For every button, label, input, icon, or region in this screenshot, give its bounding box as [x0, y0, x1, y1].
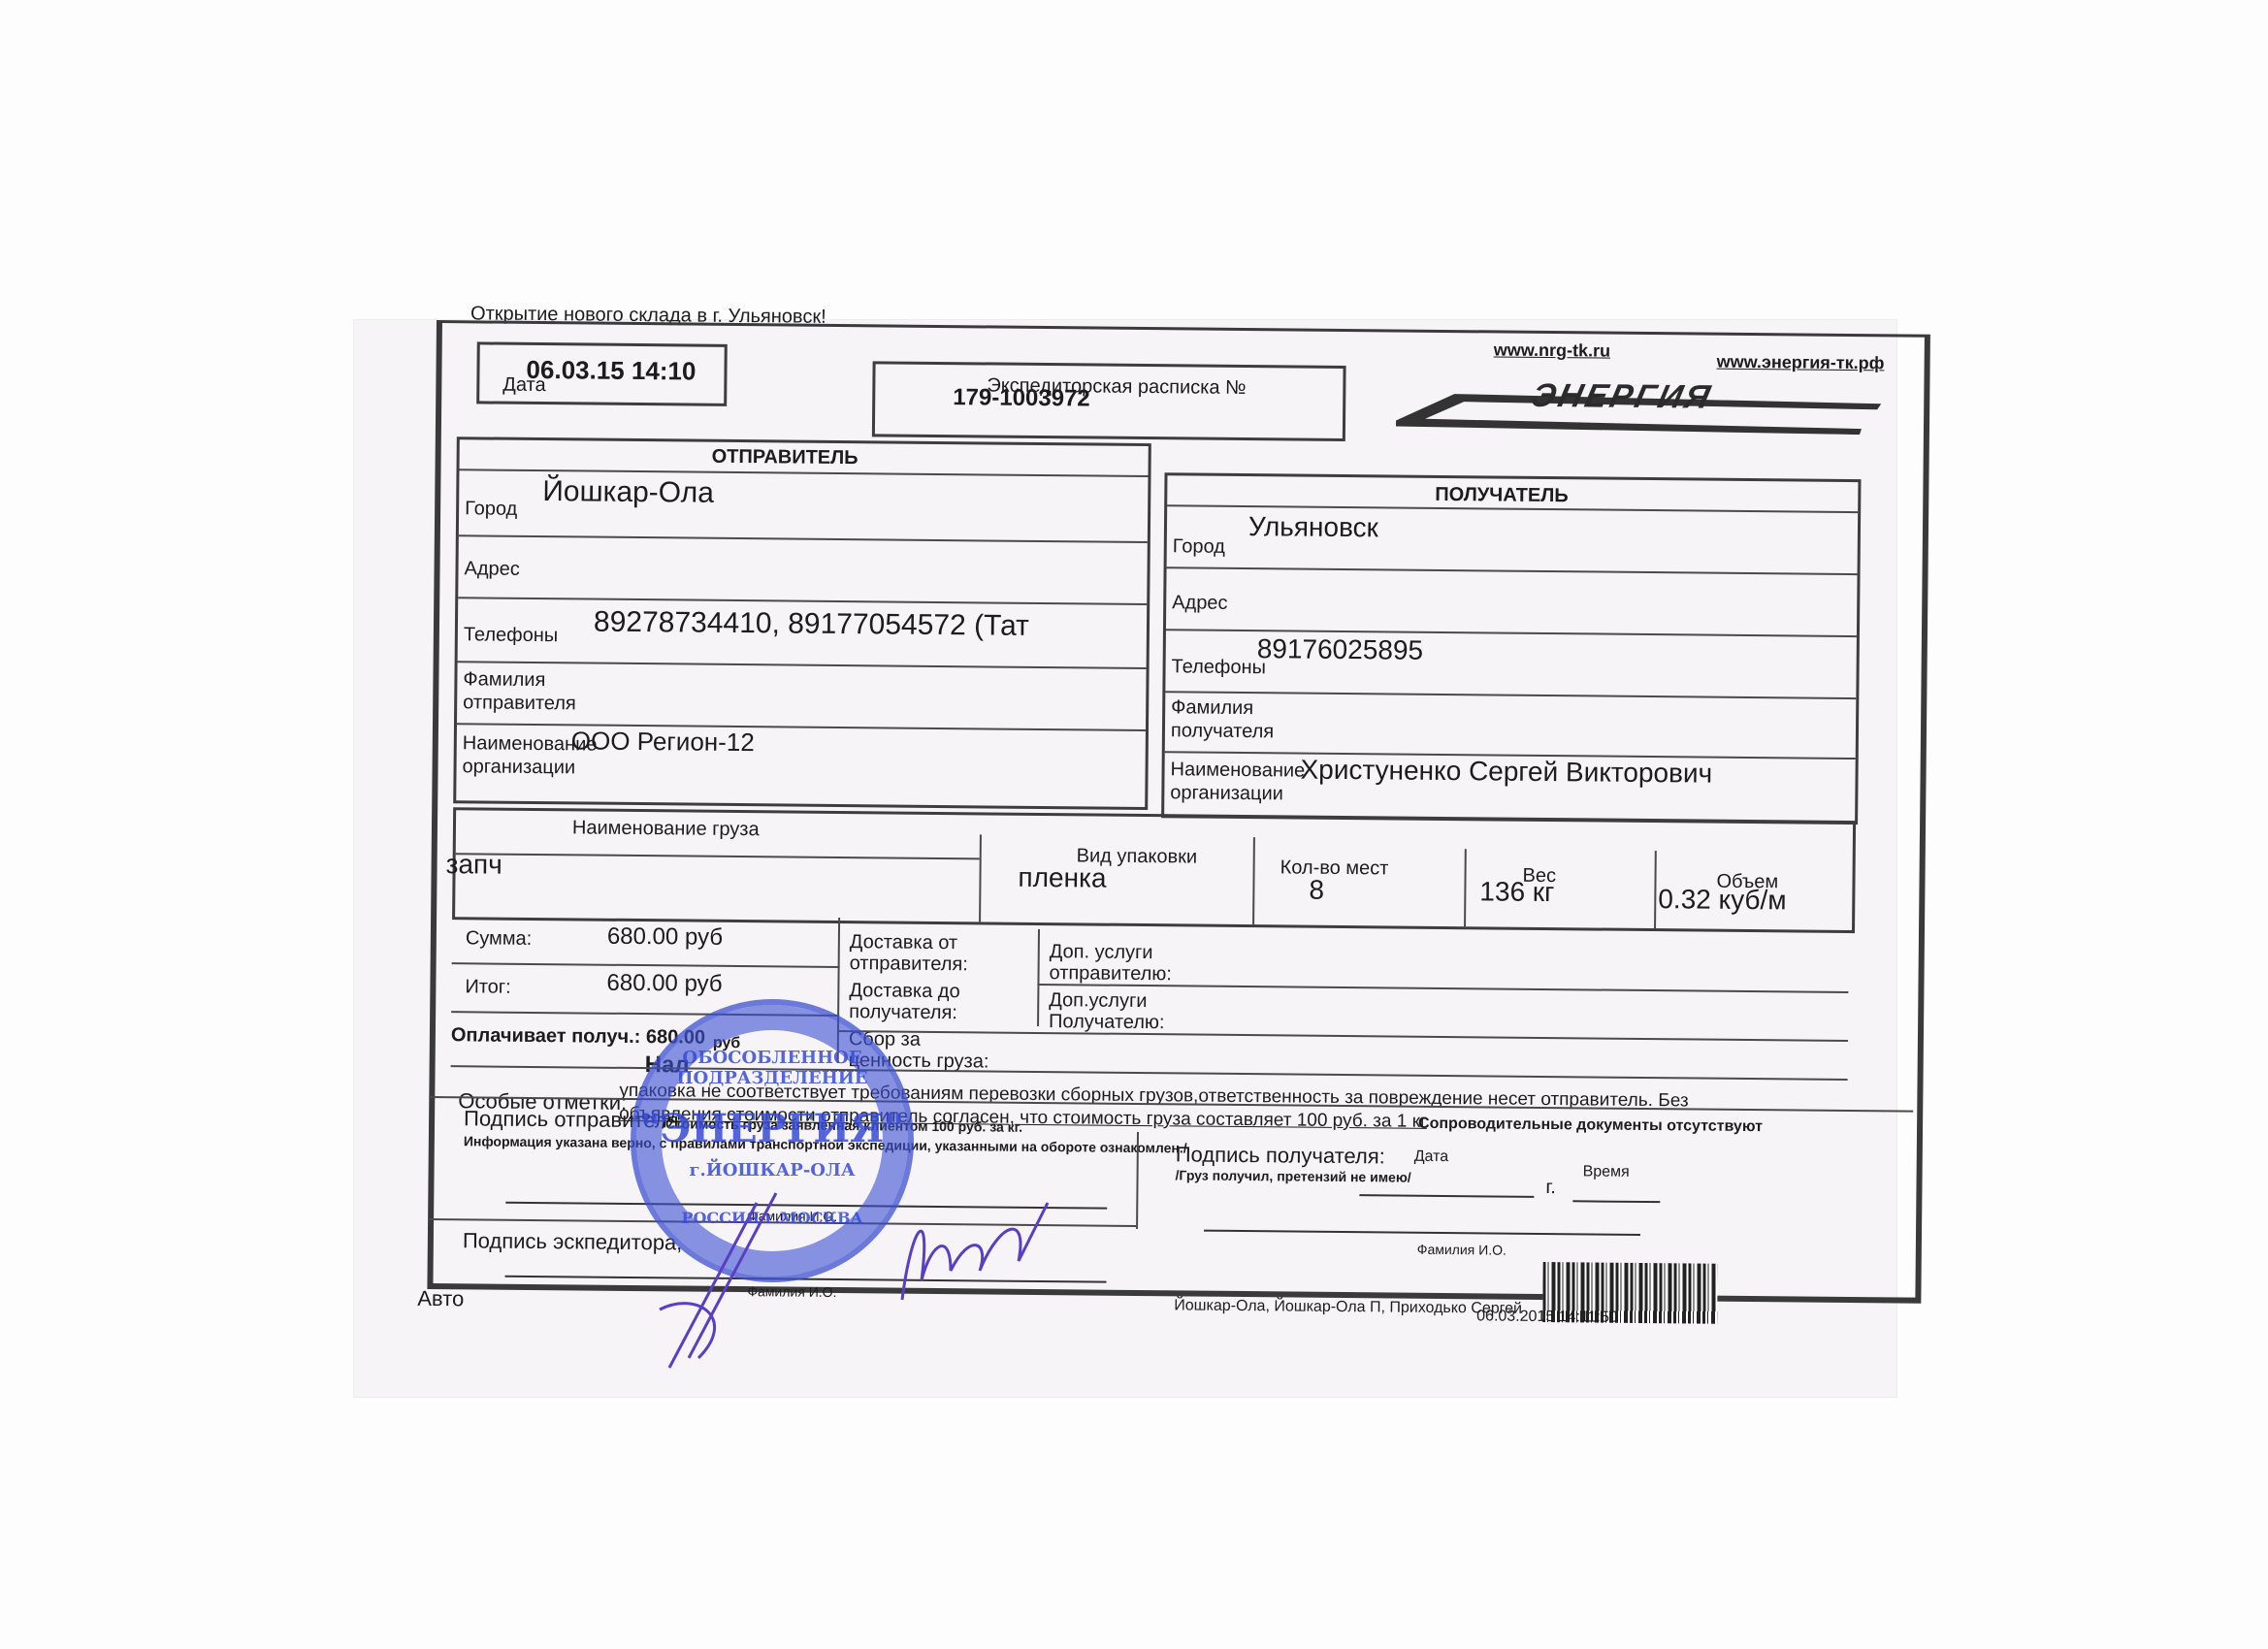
extra-recipient-label: Доп.услуги	[1049, 989, 1147, 1013]
extra-sender-label: Доп. услуги	[1050, 941, 1153, 964]
delivery-from-label-2: отправителя:	[850, 953, 968, 976]
sender-city-label: Город	[465, 498, 517, 521]
recipient-note: /Груз получил, претензий не имею/	[1175, 1167, 1410, 1184]
date-box: Дата 06.03.15 14:10	[476, 341, 728, 405]
recipient-phones: 89176025895	[1257, 633, 1424, 666]
recipient-section: ПОЛУЧАТЕЛЬ Город Ульяновск Адрес Телефон…	[1161, 472, 1861, 824]
sum-label: Сумма:	[466, 927, 533, 951]
recipient-title: ПОЛУЧАТЕЛЬ	[1435, 484, 1569, 507]
energy-logo: ЭНЕРГИЯ	[1528, 377, 1716, 417]
sender-org-label-2: организации	[462, 756, 575, 779]
stamp-top-text: ОБОСОБЛЕННОЕ ПОДРАЗДЕЛЕНИЕ	[636, 1048, 908, 1088]
cargo-name: запч	[445, 849, 502, 881]
sender-city: Йошкар-Ола	[542, 475, 714, 510]
weight-value: 136 кг	[1479, 876, 1554, 908]
recipient-city: Ульяновск	[1248, 511, 1378, 543]
cargo-section: Наименование груза запч Вид упаковки пле…	[452, 807, 1856, 933]
recipient-address-label: Адрес	[1172, 592, 1227, 615]
recipient-signature-label: Подпись получателя:	[1176, 1142, 1385, 1168]
volume-value: 0.32 куб/м	[1658, 884, 1787, 916]
sender-address-label: Адрес	[464, 558, 519, 581]
extra-sender-label-2: отправителю:	[1049, 962, 1172, 986]
date-caption: Дата	[1414, 1148, 1449, 1167]
delivery-to-label-2: получателя:	[849, 1001, 957, 1024]
receipt-number-box: Экспедиторская расписка № 179-1003972	[872, 361, 1346, 441]
cargo-name-label: Наименование груза	[572, 817, 760, 841]
delivery-from-label: Доставка от	[850, 931, 958, 954]
recipient-phones-label: Телефоны	[1171, 656, 1266, 679]
receipt-number: 179-1003972	[953, 384, 1090, 412]
places-value: 8	[1309, 875, 1324, 906]
url-energy-rf[interactable]: www.энергия-тк.рф	[1717, 352, 1885, 374]
recipient-surname-label: Фамилия	[1171, 696, 1253, 720]
recipient-name-caption: Фамилия И.О.	[1417, 1242, 1507, 1258]
recipient-org-label-2: организации	[1170, 782, 1283, 805]
delivery-to-label: Доставка до	[849, 980, 959, 1003]
recipient-city-label: Город	[1173, 535, 1225, 559]
total-value: 680.00 руб	[606, 970, 722, 998]
stamp-center-text: "ЭНЕРГИЯ"	[636, 1106, 908, 1151]
packaging-value: пленка	[1018, 862, 1106, 894]
year-suffix: г.	[1545, 1177, 1556, 1199]
extra-recipient-label-2: Получателю:	[1049, 1011, 1165, 1034]
sum-value: 680.00 руб	[607, 923, 723, 952]
print-timestamp: 06.03.2015 14:11:50	[1476, 1308, 1618, 1327]
issuer: Йошкар-Ола, Йошкар-Ола П, Приходько Серг…	[1174, 1297, 1522, 1318]
sender-surname-label: Фамилия	[463, 668, 545, 692]
recipient-org-label: Наименование	[1170, 759, 1305, 782]
url-nrg[interactable]: www.nrg-tk.ru	[1494, 339, 1611, 361]
sender-surname-label-2: отправителя	[463, 692, 576, 715]
total-label: Итог:	[465, 976, 511, 998]
time-caption: Время	[1583, 1163, 1630, 1181]
recipient-surname-label-2: получателя	[1171, 720, 1274, 743]
date-value: 06.03.15 14:10	[526, 355, 696, 387]
recipient-org: Христуненко Сергей Викторович	[1300, 755, 1712, 790]
sender-org: ООО Регион-12	[571, 726, 755, 758]
notes-no-documents: Сопроводительные документы отсутствуют	[1418, 1115, 1763, 1137]
sender-phones-label: Телефоны	[464, 624, 559, 647]
sender-section: ОТПРАВИТЕЛЬ Город Йошкар-Ола Адрес Телеф…	[453, 436, 1151, 810]
places-label: Кол-во мест	[1280, 857, 1389, 880]
sender-title: ОТПРАВИТЕЛЬ	[712, 446, 859, 469]
sender-phones: 89278734410, 89177054572 (Тат	[594, 606, 1029, 643]
transport-type: Авто	[417, 1286, 464, 1311]
handwritten-signature-icon	[640, 1164, 1086, 1377]
